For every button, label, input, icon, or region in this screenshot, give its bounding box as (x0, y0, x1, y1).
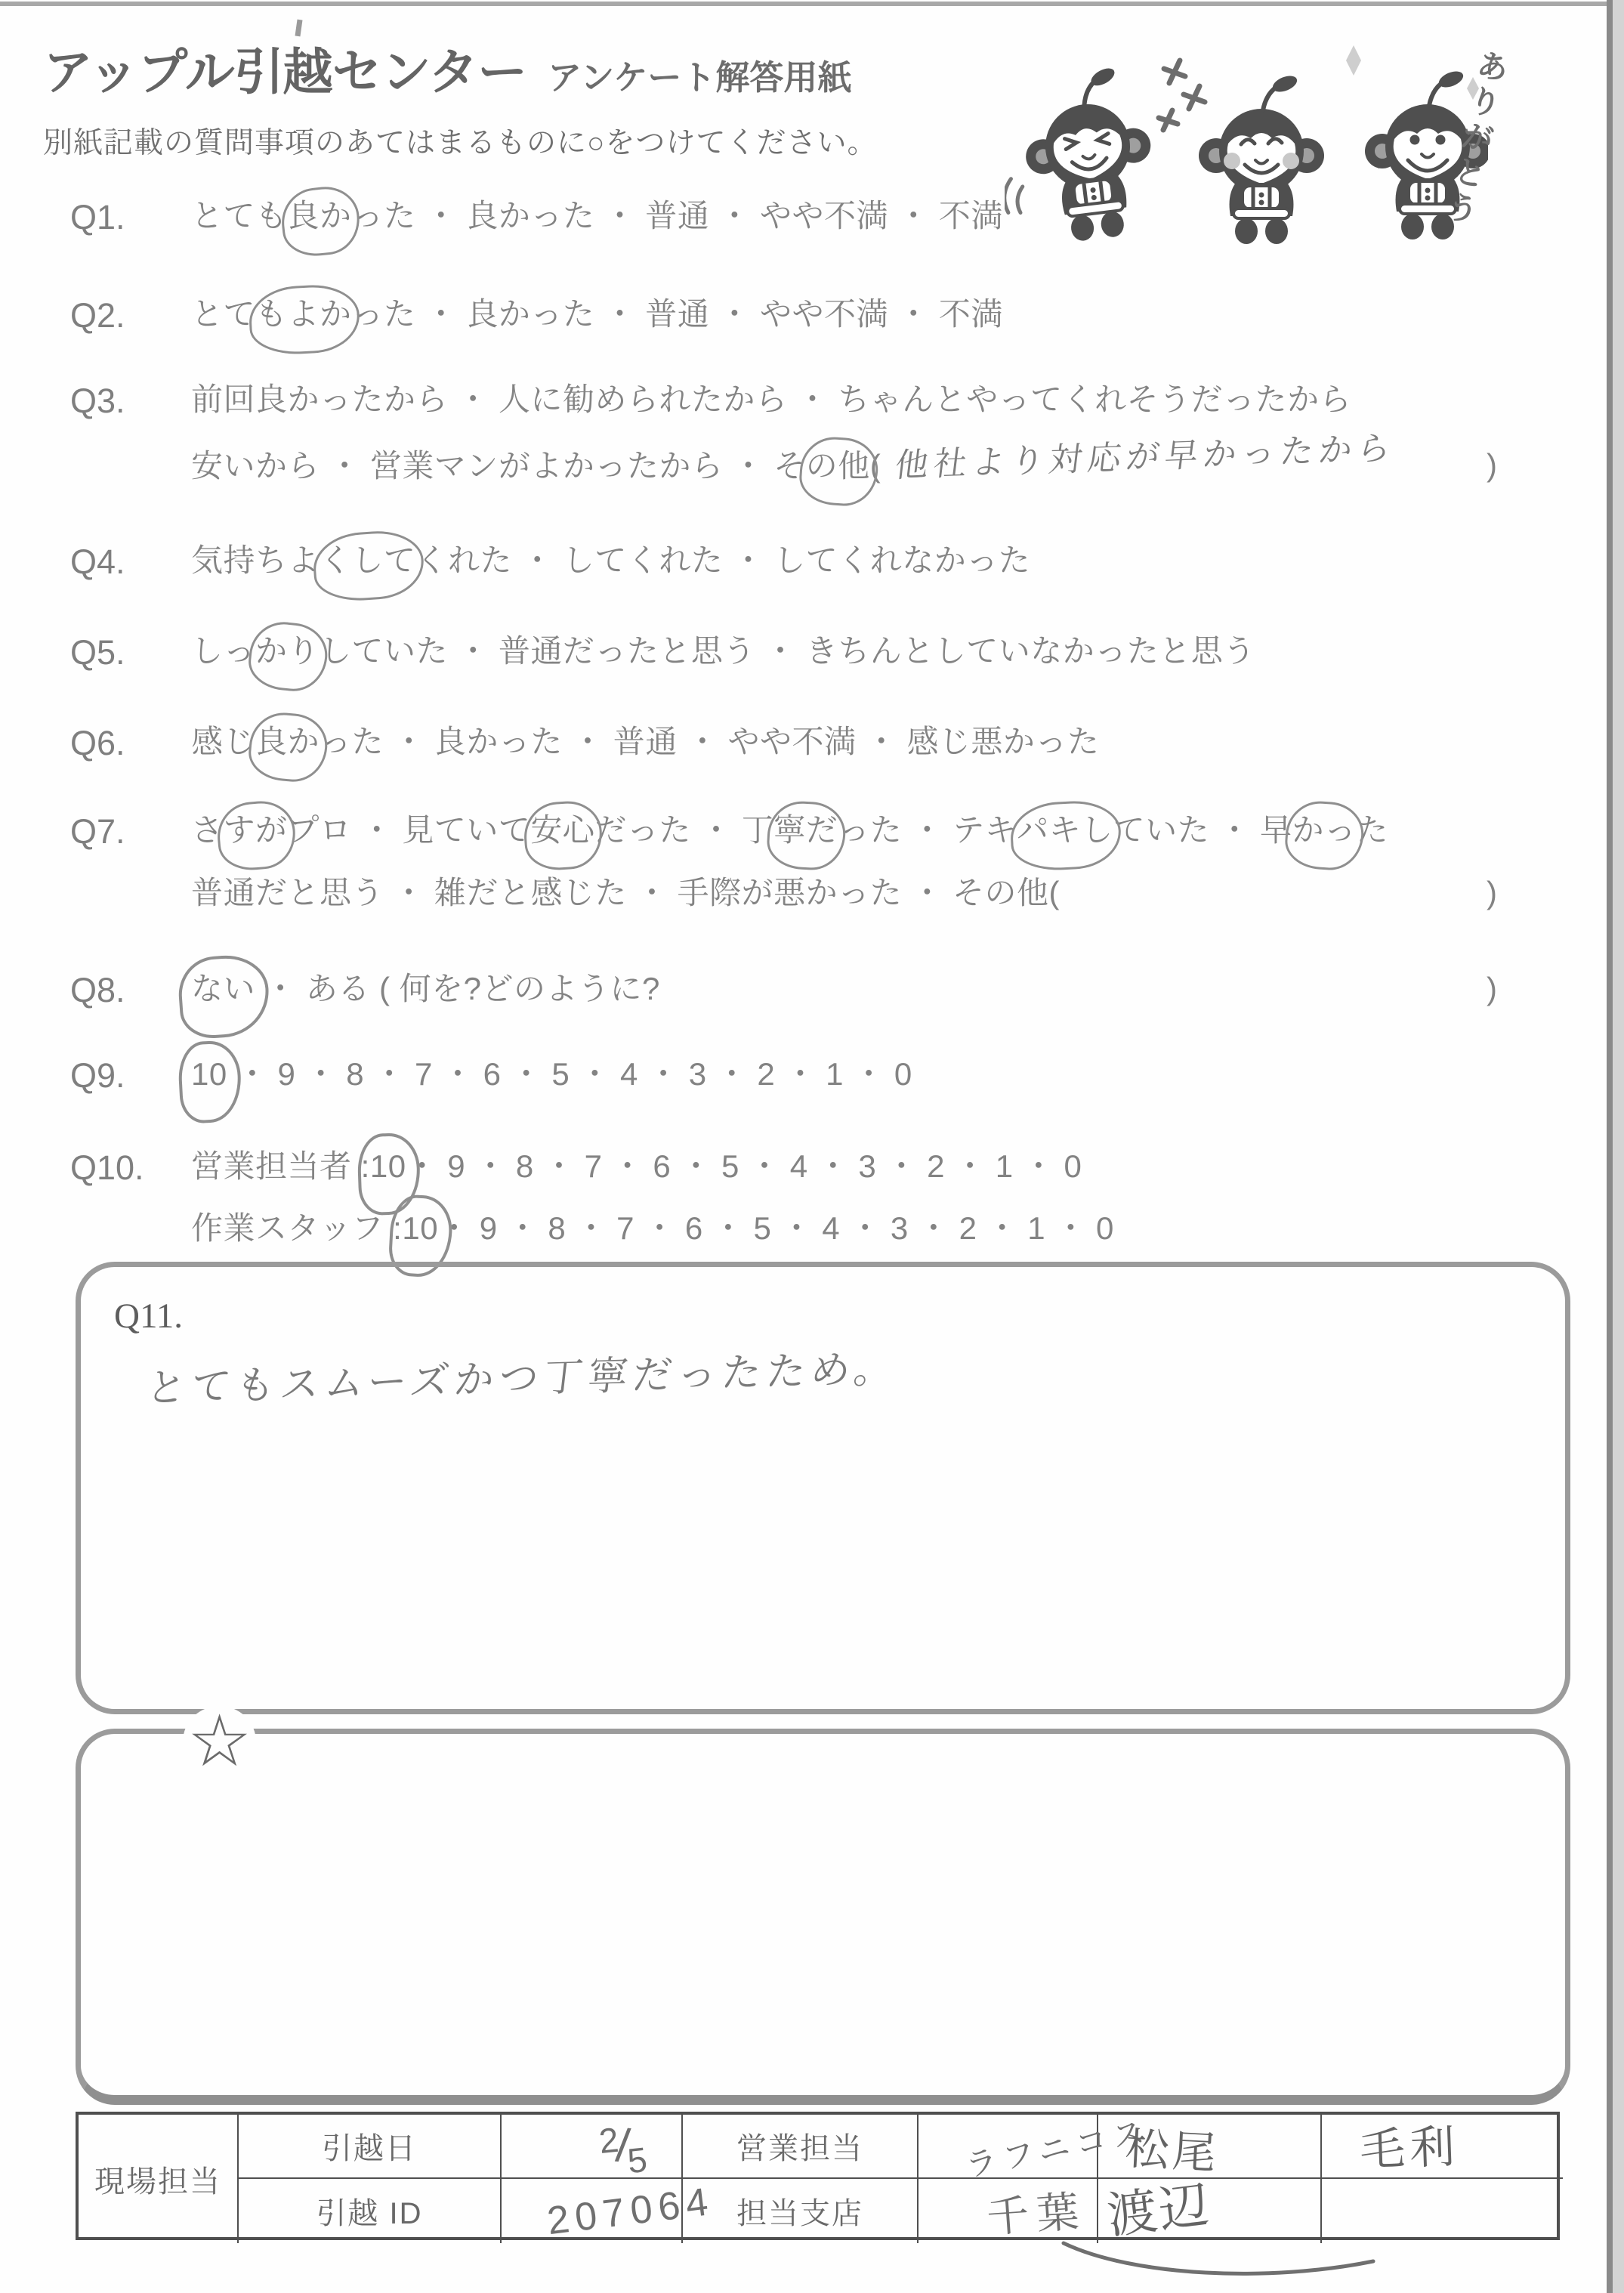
option-text: とて (191, 296, 255, 332)
closing-paren: ) (1487, 875, 1497, 911)
option-text: 営業担当者 : (191, 1148, 370, 1184)
question-row-q7: Q7.さすがプロ ・ 見ていて安心だった ・ 丁寧だった ・ テキパキしていた … (0, 812, 1624, 851)
handdrawn-circle: パキし (1017, 812, 1113, 848)
scanned-survey-page: { "page": { "title": "アップル引越センター", "subt… (0, 0, 1624, 2293)
option-text: った ・ 良かった ・ 普通 ・ やや不満 ・ 感じ悪かった (320, 724, 1099, 759)
question-options: しっかりしていた ・ 普通だったと思う ・ きちんとしていなかったと思う (191, 633, 1255, 669)
q11-label: Q11. (114, 1296, 183, 1337)
option-text: プロ ・ 見ていて (288, 812, 531, 848)
signature-flourish-stroke (1050, 2233, 1382, 2289)
question-label: Q7. (70, 812, 125, 851)
option-text: ・ 9 ・ 8 ・ 7 ・ 6 ・ 5 ・ 4 ・ 3 ・ 2 ・ 1 ・ 0 (406, 1148, 1082, 1184)
question-row-q4: Q4.気持ちよくしてくれた ・ してくれた ・ してくれなかった (0, 542, 1624, 582)
question-row-q5: Q5.しっかりしていた ・ 普通だったと思う ・ きちんとしていなかったと思う (0, 633, 1624, 672)
handdrawn-circle: ない (191, 971, 255, 1007)
question-options: 10 ・ 9 ・ 8 ・ 7 ・ 6 ・ 5 ・ 4 ・ 3 ・ 2 ・ 1 ・… (191, 1056, 912, 1092)
header: アップル引越センター アンケート解答用紙 (43, 32, 851, 104)
question-options: とてもよかった ・ 良かった ・ 普通 ・ やや不満 ・ 不満 (191, 296, 1003, 332)
question-row-q3-line2: 安いから ・ 営業マンがよかったから ・ その他(他社より対応が早かったから) (0, 447, 1624, 487)
handwritten-move-date: 2/5 (597, 2117, 648, 2175)
question-row-q10-line2: 作業スタッフ :10・ 9 ・ 8 ・ 7 ・ 6 ・ 5 ・ 4 ・ 3 ・ … (0, 1210, 1624, 1250)
sparkle-plus-marks (1159, 60, 1205, 130)
option-text: だった ・ 丁 (594, 812, 773, 848)
option-text: していた ・ 普通だったと思う ・ きちんとしていなかったと思う (320, 633, 1255, 669)
option-text: ・ ある ( 何を?どのように? (255, 971, 660, 1006)
handwritten-site-name-mori: 毛利 (1359, 2111, 1461, 2180)
handdrawn-circle: もよか (255, 296, 352, 332)
sales-label: 営業担当 (683, 2115, 919, 2179)
question-row-q9: Q9.10 ・ 9 ・ 8 ・ 7 ・ 6 ・ 5 ・ 4 ・ 3 ・ 2 ・ … (0, 1056, 1624, 1096)
move-id-cell: 207064 (502, 2179, 683, 2243)
handdrawn-circle: かっ (1292, 812, 1356, 848)
question-row-q10: Q10.営業担当者 :10・ 9 ・ 8 ・ 7 ・ 6 ・ 5 ・ 4 ・ 3… (0, 1148, 1624, 1188)
question-options: 安いから ・ 営業マンがよかったから ・ その他(他社より対応が早かったから (191, 447, 1394, 486)
option-text: しっ (191, 633, 255, 669)
handdrawn-circle: 10 (402, 1210, 438, 1247)
closing-paren: ) (1487, 447, 1497, 484)
question-row-q7-line2: 普通だと思う ・ 雑だと感じた ・ 手際が悪かった ・ その他() (0, 875, 1624, 914)
option-text: た (1356, 812, 1388, 848)
handdrawn-circle: かり (255, 633, 320, 669)
question-label: Q10. (70, 1148, 144, 1188)
option-text: ・ 9 ・ 8 ・ 7 ・ 6 ・ 5 ・ 4 ・ 3 ・ 2 ・ 1 ・ 0 (438, 1210, 1114, 1246)
question-row-q2: Q2.とてもよかった ・ 良かった ・ 普通 ・ やや不満 ・ 不満 (0, 296, 1624, 335)
question-options: 作業スタッフ :10・ 9 ・ 8 ・ 7 ・ 6 ・ 5 ・ 4 ・ 3 ・ … (191, 1210, 1114, 1247)
option-text: さ (191, 812, 224, 848)
question-label: Q3. (70, 382, 125, 421)
handdrawn-circle: 安心 (530, 812, 594, 848)
scan-edge-top (0, 2, 1607, 6)
company-title: アップル引越センター (43, 32, 526, 104)
option-text: 前回良かったから ・ 人に勧められたから ・ ちゃんとやってくれそうだったから (191, 382, 1351, 417)
instruction-text: 別紙記載の質問事項のあてはまるものに○をつけてください。 (43, 119, 878, 162)
move-id-label: 引越 ID (239, 2179, 502, 2243)
question-label: Q5. (70, 633, 125, 672)
option-text: 安いから ・ 営業マンがよかったから ・ そ (191, 448, 806, 484)
option-text: ・ 9 ・ 8 ・ 7 ・ 6 ・ 5 ・ 4 ・ 3 ・ 2 ・ 1 ・ 0 (227, 1056, 912, 1092)
handdrawn-circle: の他 (806, 448, 870, 484)
option-text: 普通だと思う ・ 雑だと感じた ・ 手際が悪かった ・ その他( (191, 875, 1060, 910)
question-options: ない ・ ある ( 何を?どのように? (191, 971, 660, 1007)
handdrawn-circle: 良か (288, 198, 352, 234)
question-options: 気持ちよくしてくれた ・ してくれた ・ してくれなかった (191, 542, 1030, 579)
star-comment-box (76, 1729, 1570, 2105)
scan-edge-right (1607, 0, 1613, 2293)
option-text: ていた ・ 早 (1113, 812, 1292, 848)
site-label: 現場担当 (79, 2115, 239, 2243)
question-options: 営業担当者 :10・ 9 ・ 8 ・ 7 ・ 6 ・ 5 ・ 4 ・ 3 ・ 2… (191, 1148, 1082, 1185)
option-text: くれた ・ してくれた ・ してくれなかった (416, 542, 1031, 578)
star-mark: ☆ (183, 1706, 256, 1778)
option-text: った ・ 良かった ・ 普通 ・ やや不満 ・ 不満 (352, 198, 1003, 233)
question-row-q3: Q3.前回良かったから ・ 人に勧められたから ・ ちゃんとやってくれそうだった… (0, 382, 1624, 421)
option-text: 作業スタッフ : (191, 1210, 402, 1246)
sales-cell: ラフニコス (919, 2115, 1098, 2179)
handdrawn-circle: 良か (255, 724, 320, 760)
move-date-label: 引越日 (239, 2115, 502, 2179)
question-label: Q2. (70, 296, 125, 335)
footer-table: 引越日 2/5 営業担当 ラフニコス 現場担当 引越 ID 207064 担当支… (76, 2112, 1560, 2240)
option-text: 気持ちよ (191, 542, 320, 578)
question-row-q1: Q1.とても良かった ・ 良かった ・ 普通 ・ やや不満 ・ 不満 (0, 198, 1624, 237)
form-title: アンケート解答用紙 (548, 50, 851, 99)
scan-edge-right-light (1613, 0, 1624, 2293)
question-label: Q1. (70, 198, 125, 237)
question-options: とても良かった ・ 良かった ・ 普通 ・ やや不満 ・ 不満 (191, 198, 1003, 234)
question-options: さすがプロ ・ 見ていて安心だった ・ 丁寧だった ・ テキパキしていた ・ 早… (191, 812, 1388, 848)
question-row-q8: Q8.ない ・ ある ( 何を?どのように?) (0, 971, 1624, 1010)
question-label: Q4. (70, 542, 125, 582)
option-text: 感じ (191, 724, 255, 759)
handdrawn-circle: 寧だ (773, 812, 838, 848)
handdrawn-circle: くして (320, 542, 416, 579)
option-text: った ・ 良かった ・ 普通 ・ やや不満 ・ 不満 (352, 296, 1003, 332)
option-text: ( (870, 448, 881, 484)
question-label: Q8. (70, 971, 125, 1010)
question-options: 感じ良かった ・ 良かった ・ 普通 ・ やや不満 ・ 感じ悪かった (191, 724, 1099, 760)
handdrawn-circle: 10 (191, 1056, 227, 1092)
question-options: 普通だと思う ・ 雑だと感じた ・ 手際が悪かった ・ その他( (191, 875, 1060, 911)
option-text: とても (191, 198, 288, 233)
question-label: Q9. (70, 1056, 125, 1096)
q11-handwritten-answer: とてもスムーズかつ丁寧だったため。 (144, 1337, 902, 1413)
q11-comment-box: Q11. とてもスムーズかつ丁寧だったため。 (76, 1262, 1570, 1714)
handdrawn-circle: 10 (370, 1148, 406, 1185)
option-text: った ・ テキ (838, 812, 1017, 848)
question-options: 前回良かったから ・ 人に勧められたから ・ ちゃんとやってくれそうだったから (191, 382, 1351, 418)
question-row-q6: Q6.感じ良かった ・ 良かった ・ 普通 ・ やや不満 ・ 感じ悪かった (0, 724, 1624, 763)
handwritten-answer: 他社より対応が早かったから (893, 430, 1398, 486)
handdrawn-circle: すが (224, 812, 288, 848)
branch-label: 担当支店 (683, 2179, 919, 2243)
question-label: Q6. (70, 724, 125, 763)
move-date-cell: 2/5 (502, 2115, 683, 2179)
closing-paren: ) (1487, 971, 1497, 1007)
